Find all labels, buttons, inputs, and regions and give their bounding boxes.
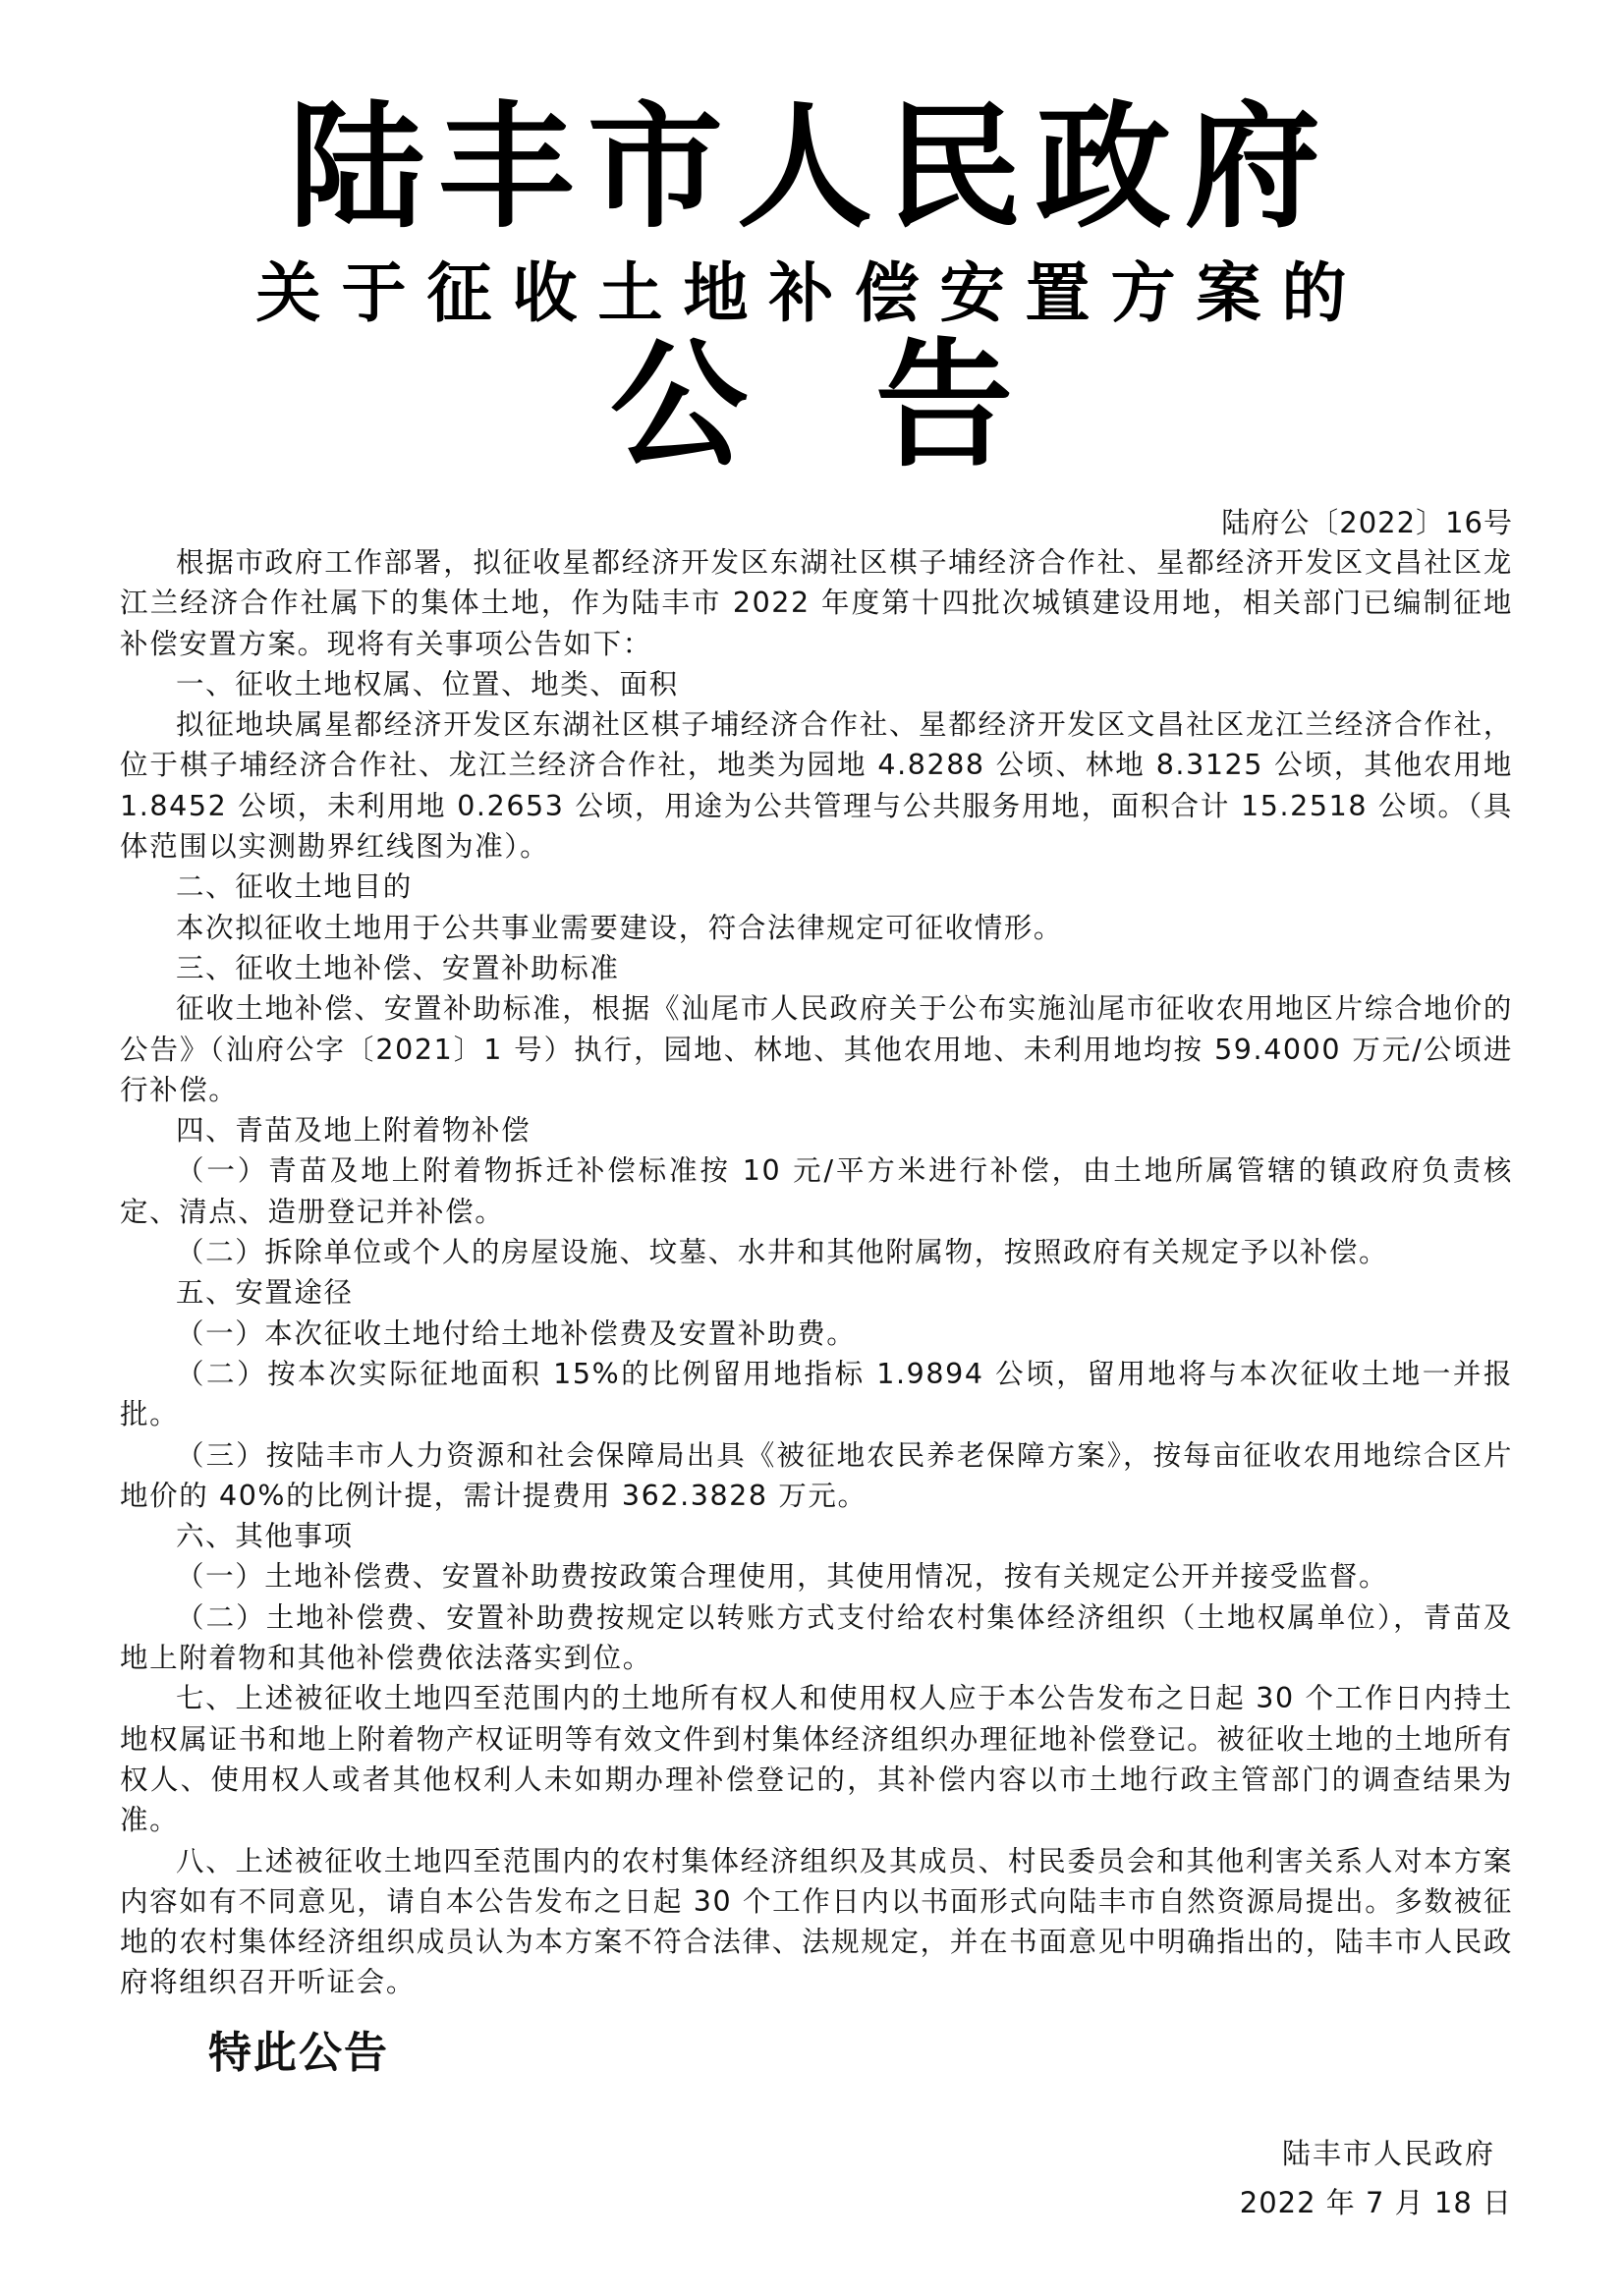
signature-organization: 陆丰市人民政府 (1282, 2134, 1495, 2173)
title-issuer: 陆丰市人民政府 (0, 98, 1623, 236)
section-heading-1: 一、征收土地权属、位置、地类、面积 (120, 664, 1513, 704)
section-4-item-2: （二）拆除单位或个人的房屋设施、坟墓、水井和其他附属物，按照政府有关规定予以补偿… (120, 1232, 1513, 1272)
section-1-paragraph: 拟征地块属星都经济开发区东湖社区棋子埔经济合作社、星都经济开发区文昌社区龙江兰经… (120, 704, 1513, 867)
section-6-item-1: （一）土地补偿费、安置补助费按政策合理使用，其使用情况，按有关规定公开并接受监督… (120, 1556, 1513, 1596)
title-subject: 关于征收土地补偿安置方案的 (0, 253, 1623, 332)
closing-statement: 特此公告 (208, 2024, 389, 2083)
notice-body: 根据市政府工作部署，拟征收星都经济开发区东湖社区棋子埔经济合作社、星都经济开发区… (120, 542, 1513, 2003)
section-6-item-2: （二）土地补偿费、安置补助费按规定以转账方式支付给农村集体经济组织（土地权属单位… (120, 1597, 1513, 1679)
signature-date: 2022 年 7 月 18 日 (1240, 2183, 1512, 2222)
section-7-paragraph: 七、上述被征收土地四至范围内的土地所有权人和使用权人应于本公告发布之日起 30 … (120, 1678, 1513, 1840)
section-4-item-1: （一）青苗及地上附着物拆迁补偿标准按 10 元/平方米进行补偿，由土地所属管辖的… (120, 1150, 1513, 1232)
section-heading-3: 三、征收土地补偿、安置补助标准 (120, 948, 1513, 988)
section-3-paragraph: 征收土地补偿、安置补助标准，根据《汕尾市人民政府关于公布实施汕尾市征收农用地区片… (120, 988, 1513, 1110)
intro-paragraph: 根据市政府工作部署，拟征收星都经济开发区东湖社区棋子埔经济合作社、星都经济开发区… (120, 542, 1513, 664)
section-5-item-2: （二）按本次实际征地面积 15%的比例留用地指标 1.9894 公顷，留用地将与… (120, 1354, 1513, 1435)
section-heading-2: 二、征收土地目的 (120, 867, 1513, 907)
title-notice-char-2: 告 (875, 332, 1013, 479)
section-2-paragraph: 本次拟征收土地用于公共事业需要建设，符合法律规定可征收情形。 (120, 908, 1513, 948)
title-notice: 公告 (0, 332, 1623, 479)
title-notice-char-1: 公 (610, 332, 748, 479)
section-5-item-3: （三）按陆丰市人力资源和社会保障局出具《被征地农民养老保障方案》，按每亩征收农用… (120, 1435, 1513, 1517)
section-heading-5: 五、安置途径 (120, 1272, 1513, 1313)
section-8-paragraph: 八、上述被征收土地四至范围内的农村集体经济组织及其成员、村民委员会和其他利害关系… (120, 1841, 1513, 2003)
section-heading-4: 四、青苗及地上附着物补偿 (120, 1110, 1513, 1150)
section-5-item-1: （一）本次征收土地付给土地补偿费及安置补助费。 (120, 1314, 1513, 1354)
document-number: 陆府公〔2022〕16号 (1221, 503, 1513, 542)
section-heading-6: 六、其他事项 (120, 1516, 1513, 1556)
